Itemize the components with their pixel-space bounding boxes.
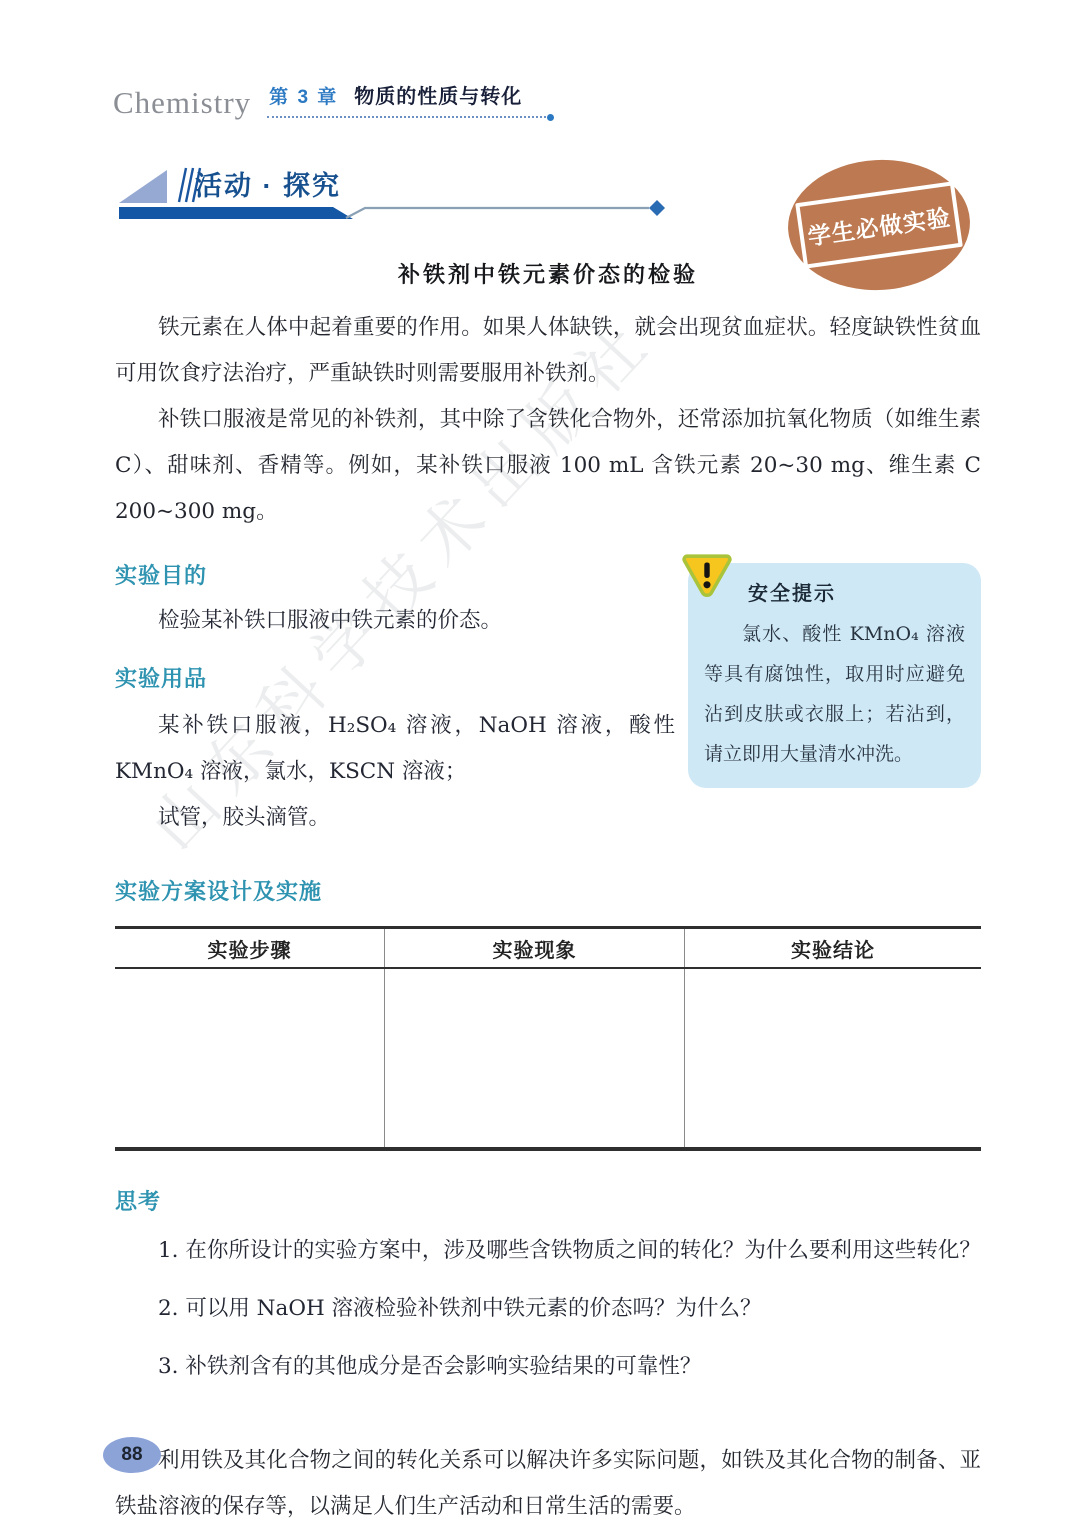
warning-icon <box>682 551 732 603</box>
safety-text: 氯水、酸性 KMnO₄ 溶液等具有腐蚀性，取用时应避免沾到皮肤或衣服上；若沾到，… <box>704 614 965 774</box>
table-body-cell <box>115 969 385 1147</box>
table-header-cell: 实验结论 <box>685 929 981 967</box>
left-column: 实验目的 检验某补铁口服液中铁元素的价态。 实验用品 某补铁口服液，H₂SO₄ … <box>115 559 675 841</box>
thinking-heading: 思考 <box>115 1185 981 1216</box>
thinking-question: 1. 在你所设计的实验方案中，涉及哪些含铁物质之间的转化？为什么要利用这些转化？ <box>115 1228 981 1274</box>
table-header-row: 实验步骤 实验现象 实验结论 <box>115 929 981 969</box>
activity-banner: 活动 · 探究 <box>113 163 683 223</box>
stamp-text: 学生必做实验 <box>805 199 952 252</box>
table-header-cell: 实验步骤 <box>115 929 385 967</box>
banner-bar-icon <box>119 207 353 219</box>
materials-text: 某补铁口服液，H₂SO₄ 溶液，NaOH 溶液，酸性 KMnO₄ 溶液，氯水，K… <box>115 703 675 795</box>
stamp-frame: 学生必做实验 <box>795 181 963 269</box>
page-number-badge: 88 <box>103 1437 161 1473</box>
plan-table: 实验步骤 实验现象 实验结论 <box>115 926 981 1151</box>
chapter-underline <box>267 116 550 118</box>
banner-line-icon <box>346 208 649 218</box>
purpose-heading: 实验目的 <box>115 559 675 590</box>
table-body-cell <box>385 969 685 1147</box>
page-number: 88 <box>121 1444 142 1466</box>
chapter-header: Chemistry 第 3 章 物质的性质与转化 <box>113 80 550 120</box>
safety-heading: 安全提示 <box>748 577 965 606</box>
chapter-title: 物质的性质与转化 <box>354 80 522 109</box>
plan-heading: 实验方案设计及实施 <box>115 875 981 906</box>
textbook-page: 山东科学技术出版社 Chemistry 第 3 章 物质的性质与转化 <box>0 0 1080 1536</box>
brand-text: Chemistry <box>113 86 251 120</box>
activity-banner-label: 活动 · 探究 <box>195 164 341 203</box>
chapter-badge: 第 3 章 <box>269 82 338 109</box>
thinking-question: 3. 补铁剂含有的其他成分是否会影响实验结果的可靠性？ <box>115 1344 981 1390</box>
intro-paragraph: 补铁口服液是常见的补铁剂，其中除了含铁化合物外，还常添加抗氧化物质（如维生素 C… <box>115 397 981 535</box>
two-column-region: 实验目的 检验某补铁口服液中铁元素的价态。 实验用品 某补铁口服液，H₂SO₄ … <box>115 559 981 841</box>
banner-triangle-icon <box>119 170 167 203</box>
safety-tip-box: 安全提示 氯水、酸性 KMnO₄ 溶液等具有腐蚀性，取用时应避免沾到皮肤或衣服上… <box>688 563 981 788</box>
right-column: 安全提示 氯水、酸性 KMnO₄ 溶液等具有腐蚀性，取用时应避免沾到皮肤或衣服上… <box>688 559 981 841</box>
thinking-question: 2. 可以用 NaOH 溶液检验补铁剂中铁元素的价态吗？为什么？ <box>115 1286 981 1332</box>
intro-paragraph: 铁元素在人体中起着重要的作用。如果人体缺铁，就会出现贫血症状。轻度缺铁性贫血可用… <box>115 305 981 397</box>
chapter-group: 第 3 章 物质的性质与转化 <box>267 80 550 120</box>
closing-paragraph: 利用铁及其化合物之间的转化关系可以解决许多实际问题，如铁及其化合物的制备、亚铁盐… <box>115 1438 981 1530</box>
materials-heading: 实验用品 <box>115 662 675 693</box>
banner-diamond-icon <box>649 200 665 216</box>
table-body-row <box>115 969 981 1147</box>
table-header-cell: 实验现象 <box>385 929 685 967</box>
purpose-text: 检验某补铁口服液中铁元素的价态。 <box>115 600 675 642</box>
table-body-cell <box>685 969 981 1147</box>
materials-text: 试管，胶头滴管。 <box>115 795 675 841</box>
